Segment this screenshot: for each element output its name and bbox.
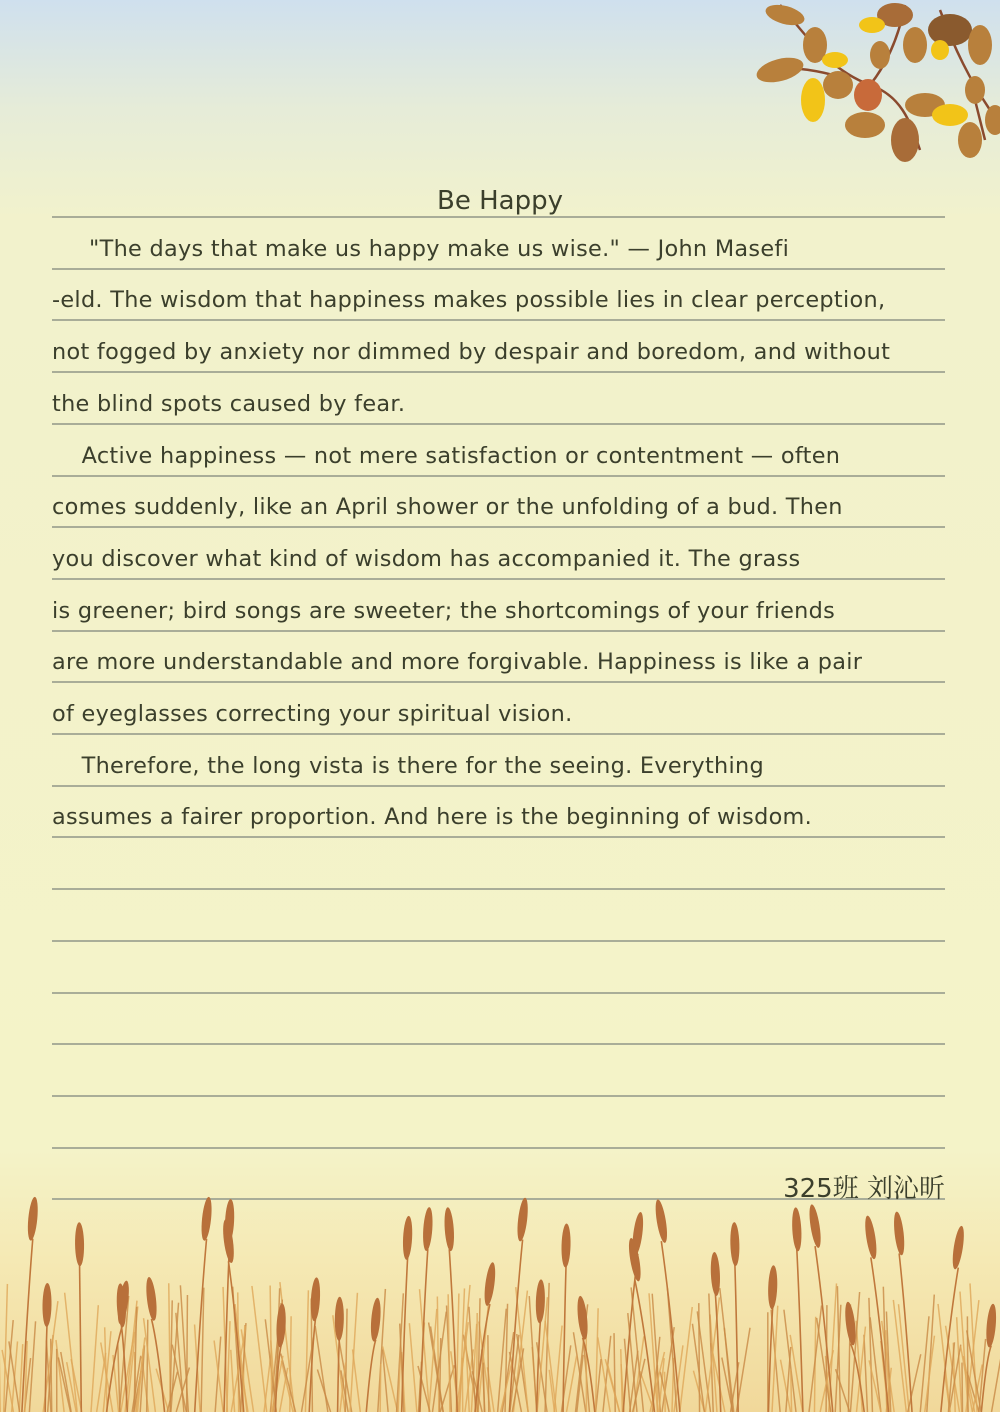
ruled-line [52,526,945,528]
document-title: Be Happy [0,186,1000,216]
ruled-line [52,1095,945,1097]
text-line: are more understandable and more forgiva… [52,649,947,675]
ruled-line [52,371,945,373]
ruled-line [52,1043,945,1045]
wheat-field-illustration [0,1182,1000,1412]
text-line: of eyeglasses correcting your spiritual … [52,701,947,727]
text-line: Active happiness — not mere satisfaction… [52,443,947,469]
ruled-line [52,216,945,218]
text-line: is greener; bird songs are sweeter; the … [52,598,947,624]
letter-paper: Be Happy "The days that make us happy ma… [0,0,1000,1412]
autumn-branch-illustration [740,0,1000,170]
text-line: comes suddenly, like an April shower or … [52,494,947,520]
text-line: Therefore, the long vista is there for t… [52,753,947,779]
ruled-line [52,319,945,321]
ruled-line [52,940,945,942]
ruled-line [52,785,945,787]
ruled-line [52,1147,945,1149]
ruled-line [52,992,945,994]
ruled-line [52,681,945,683]
ruled-line [52,578,945,580]
text-line: "The days that make us happy make us wis… [52,236,947,262]
ruled-line [52,475,945,477]
text-line: you discover what kind of wisdom has acc… [52,546,947,572]
ruled-line [52,268,945,270]
text-line: not fogged by anxiety nor dimmed by desp… [52,339,947,365]
text-line: the blind spots caused by fear. [52,391,947,417]
ruled-line [52,888,945,890]
text-line: assumes a fairer proportion. And here is… [52,804,947,830]
ruled-line [52,836,945,838]
text-line: -eld. The wisdom that happiness makes po… [52,287,947,313]
ruled-line [52,423,945,425]
ruled-line [52,733,945,735]
ruled-line [52,630,945,632]
